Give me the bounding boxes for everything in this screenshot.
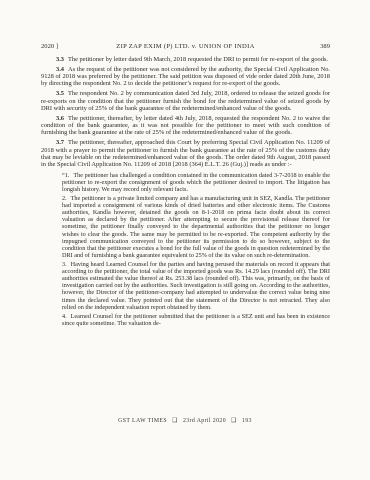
footer-page-number: 193: [242, 418, 252, 424]
paragraph-3-3: 3.3The petitioner by letter dated 9th Ma…: [41, 56, 330, 63]
paragraph-3-6: 3.6The petitioner, thereafter, by letter…: [41, 115, 330, 137]
quote-item-number: 3.: [62, 261, 67, 268]
quote-item-4: 4.Learned Counsel for the petitioner sub…: [62, 313, 330, 327]
paragraph-3-5: 3.5The respondent No. 2 by communication…: [41, 90, 330, 112]
paragraph-text: The petitioner, thereafter, by letter da…: [41, 115, 330, 137]
paragraph-number: 3.3: [56, 56, 64, 63]
paragraph-3-7: 3.7The petitioner, thereafter, approache…: [41, 139, 330, 168]
quote-item-2: 2.The petitioner is a private limited co…: [62, 195, 330, 258]
paragraph-text: As the request of the petitioner was not…: [41, 66, 330, 88]
page-number: 389: [282, 43, 330, 51]
quote-item-text: Having heard Learned Counsel for the par…: [62, 261, 330, 310]
running-head: 2020 ] ZIP ZAP EXIM (P) LTD. v. UNION OF…: [41, 43, 330, 51]
law-report-page: 2020 ] ZIP ZAP EXIM (P) LTD. v. UNION OF…: [0, 0, 370, 480]
paragraph-text: The respondent No. 2 by communication da…: [41, 90, 330, 112]
footer-date: 23rd April 2020: [183, 418, 226, 424]
body-text: 3.3The petitioner by letter dated 9th Ma…: [41, 56, 330, 330]
paragraph-text: The petitioner by letter dated 9th March…: [68, 56, 328, 63]
paragraph-text: The petitioner, thereafter, approached t…: [41, 139, 330, 168]
quote-item-text: The petitioner is a private limited comp…: [62, 195, 330, 258]
quote-item-text: Learned Counsel for the petitioner submi…: [62, 313, 330, 327]
quote-item-3: 3.Having heard Learned Counsel for the p…: [62, 261, 330, 310]
quote-item-number: 2.: [62, 195, 67, 202]
quote-item-number: “1.: [62, 172, 69, 179]
checkbox-icon: ❑: [172, 417, 178, 424]
header-year: 2020 ]: [41, 43, 89, 51]
paragraph-3-4: 3.4As the request of the petitioner was …: [41, 66, 330, 88]
case-title: ZIP ZAP EXIM (P) LTD. v. UNION OF INDIA: [89, 43, 282, 51]
quote-item-1: “1.The petitioner has challenged a condi…: [62, 172, 330, 193]
quoted-order-block: “1.The petitioner has challenged a condi…: [62, 172, 330, 328]
paragraph-number: 3.5: [56, 90, 64, 97]
paragraph-number: 3.6: [56, 115, 64, 122]
checkbox-icon: ❑: [231, 417, 237, 424]
journal-name: GST LAW TIMES: [118, 418, 167, 424]
print-footer: GST LAW TIMES❑23rd April 2020❑193: [0, 417, 370, 425]
paragraph-number: 3.7: [56, 139, 64, 146]
quote-item-text: The petitioner has challenged a conditio…: [62, 172, 330, 193]
quote-item-number: 4.: [62, 313, 67, 320]
paragraph-number: 3.4: [56, 66, 64, 73]
